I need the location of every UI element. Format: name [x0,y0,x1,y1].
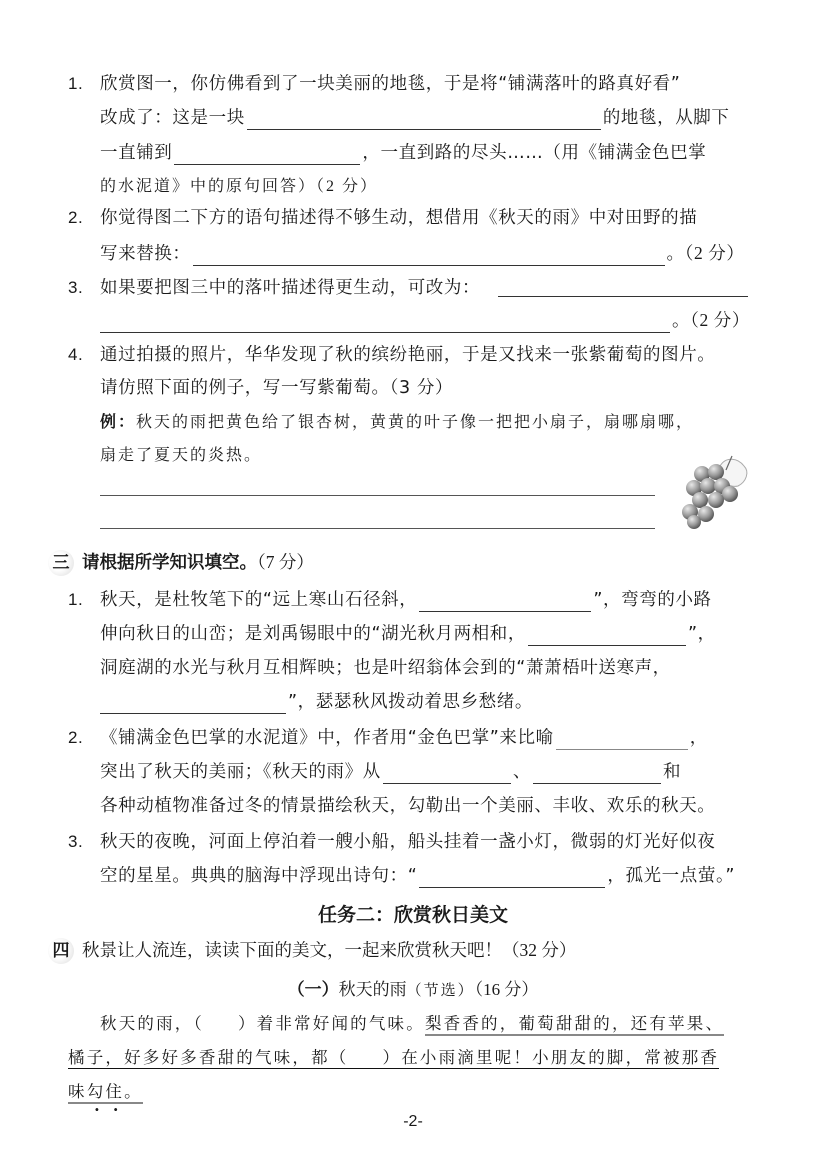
question-number: 1. [68,72,83,96]
passage-line-1: 秋天的雨，（）着非常好闻的气味。梨香香的，葡萄甜甜的，还有苹果、 [100,1012,724,1036]
section-badge: 三 [48,550,74,576]
answer-blank[interactable] [498,276,748,297]
passage-line-2: 橘子，好多好多香甜的气味，都（）在小雨滴里呢！小朋友的脚，常被那香 [68,1046,719,1070]
question-1-line-4: 的水泥道》中的原句回答）（2 分） [100,174,378,199]
answer-line[interactable] [100,495,655,496]
question-text: 的地毯，从脚下 [603,108,730,128]
section-three-question-1-line-4: ”，瑟瑟秋风拨动着思乡愁绪。 [100,690,533,714]
question-number: 4. [68,343,83,367]
question-number: 2. [68,726,83,750]
answer-blank[interactable] [100,693,286,714]
passage-note: （节选） [407,981,475,999]
question-1-line-2: 改成了：这是一块的地毯，从脚下 [100,106,730,130]
question-text: 写来替换： [100,244,191,264]
question-text: 请仿照下面的例子，写一写紫葡萄。（3 分） [100,378,453,398]
score-label: （32 分） [502,940,576,960]
example-line-2: 扇走了夏天的炎热。 [100,443,262,467]
question-4-line-2: 请仿照下面的例子，写一写紫葡萄。（3 分） [100,376,453,400]
score-label: （7 分） [257,552,314,572]
grape-illustration-icon [668,452,758,532]
example-text: 秋天的雨把黄色给了银杏树，黄黄的叶子像一把把小扇子，扇哪扇哪， [136,412,694,431]
score-label: （16 分） [475,980,539,999]
score-label: 。（2 分） [672,310,750,330]
answer-blank[interactable] [193,245,665,266]
answer-blank[interactable] [533,763,661,784]
question-text: 、 [513,762,531,782]
answer-line[interactable] [100,528,655,529]
section-badge: 四 [48,938,74,964]
answer-blank[interactable] [419,867,605,888]
question-text: 如果要把图三中的落叶描述得更生动，可改为： [100,276,480,300]
answer-blank[interactable] [528,625,686,646]
page-number: -2- [0,1113,826,1131]
section-four-header: 四秋景让人流连，读读下面的美文，一起来欣赏秋天吧！（32 分） [48,937,576,964]
question-2-line-2: 写来替换：。（2 分） [100,241,744,266]
question-text: 《铺满金色巴掌的水泥道》中，作者用“金色巴掌”来比喻， [100,726,708,750]
section-three-header: 三请根据所学知识填空。（7 分） [48,549,314,576]
emphasis-dot-char: 勾 [87,1082,106,1101]
question-3-line-2: 。（2 分） [100,308,750,333]
section-three-question-3-line-2: 空的星星。典典的脑海中浮现出诗句：“，孤光一点萤。” [100,864,735,888]
answer-blank[interactable] [556,729,688,750]
question-text: 秋天，是杜牧笔下的“远上寒山石径斜，”，弯弯的小路 [100,588,712,612]
section-three-question-2-line-3: 各种动植物准备过冬的情景描绘秋天，勾勒出一个美丽、丰收、欢乐的秋天。 [100,794,715,818]
question-text: ”， [688,624,716,644]
question-text: 各种动植物准备过冬的情景描绘秋天，勾勒出一个美丽、丰收、欢乐的秋天。 [100,796,715,816]
answer-blank[interactable] [247,109,601,130]
answer-blank[interactable] [174,144,360,165]
question-text: 秋天的夜晚，河面上停泊着一艘小船，船头挂着一盏小灯，微弱的灯光好似夜 [100,830,715,854]
question-text: 你觉得图二下方的语句描述得不够生动，想借用《秋天的雨》中对田野的描 [100,206,697,230]
question-number: 3. [68,276,83,300]
question-text: 洞庭湖的水光与秋月互相辉映；也是叶绍翁体会到的“萧萧梧叶送寒声， [100,658,671,678]
subsection-label: （一） [288,980,339,1000]
example-text: 扇走了夏天的炎热。 [100,445,262,464]
question-text: 一直铺到 [100,143,172,163]
section-three-question-1-line-2: 伸向秋日的山峦；是刘禹锡眼中的“湖光秋月两相和，”， [100,622,716,646]
score-label: （2 分） [316,178,378,195]
task-two-title: 任务二：欣赏秋日美文 [0,900,826,927]
emphasis-dot-char: 住 [105,1082,124,1101]
question-text: 伸向秋日的山峦；是刘禹锡眼中的“湖光秋月两相和， [100,624,526,644]
worksheet-page: 1. 欣赏图一，你仿佛看到了一块美丽的地毯，于是将“铺满落叶的路真好看” 改成了… [0,0,826,1168]
underlined-sentence: 橘子，好多好多香甜的气味，都（）在小雨滴里呢！小朋友的脚，常被那香 [68,1048,719,1069]
example-label: 例： [100,412,136,431]
question-number: 2. [68,206,83,230]
question-number: 1. [68,588,83,612]
answer-blank[interactable] [383,763,511,784]
question-text: 改成了：这是一块 [100,108,245,128]
section-title: 请根据所学知识填空。 [82,553,257,573]
question-1-line-3: 一直铺到，一直到路的尽头……（用《铺满金色巴掌 [100,141,706,165]
question-text: 的水泥道》中的原句回答） [100,176,316,195]
section-three-question-2-line-2: 突出了秋天的美丽；《秋天的雨》从、和 [100,760,681,784]
question-text: 欣赏图一，你仿佛看到了一块美丽的地毯，于是将“铺满落叶的路真好看” [100,72,680,96]
question-text: 空的星星。典典的脑海中浮现出诗句：“ [100,866,417,886]
section-title: 秋景让人流连，读读下面的美文，一起来欣赏秋天吧！ [82,941,502,961]
question-text: 和 [663,762,681,782]
passage-title: 秋天的雨 [339,980,407,1000]
section-three-question-1-line-3: 洞庭湖的水光与秋月互相辉映；也是叶绍翁体会到的“萧萧梧叶送寒声， [100,656,671,680]
question-text: ”，瑟瑟秋风拨动着思乡愁绪。 [288,692,533,712]
answer-blank[interactable] [100,312,670,333]
example-line-1: 例：秋天的雨把黄色给了银杏树，黄黄的叶子像一把把小扇子，扇哪扇哪， [100,410,694,434]
question-text: 突出了秋天的美丽；《秋天的雨》从 [100,762,381,782]
score-label: 。（2 分） [667,243,745,263]
question-text: ，一直到路的尽头……（用《铺满金色巴掌 [362,143,706,163]
question-text: 通过拍摄的照片，华华发现了秋的缤纷艳丽，于是又找来一张紫葡萄的图片。 [100,343,715,367]
question-text: ，孤光一点萤。” [607,866,735,886]
passage-line-3: 味勾住。 [68,1080,143,1104]
underlined-phrase: 味勾住。 [68,1082,143,1104]
underlined-sentence: 梨香香的，葡萄甜甜的，还有苹果、 [425,1014,724,1036]
answer-blank[interactable] [419,591,591,612]
passage-subtitle: （一）秋天的雨（节选）（16 分） [0,975,826,1000]
question-number: 3. [68,830,83,854]
